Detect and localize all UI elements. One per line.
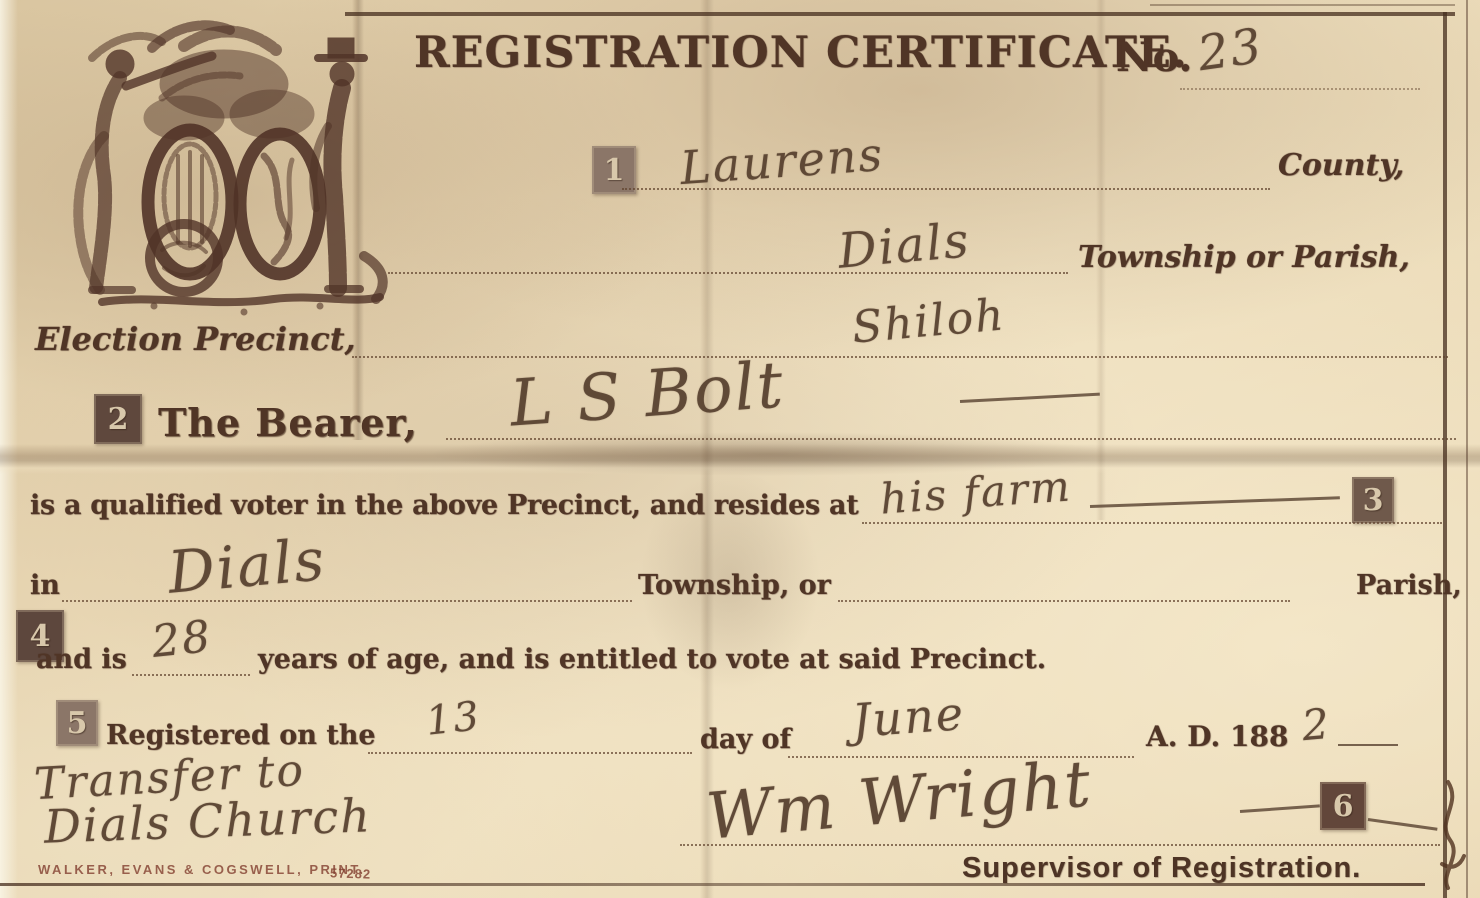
pen-flourish xyxy=(1090,496,1340,508)
border-right-line xyxy=(1443,12,1447,898)
coat-of-arms-engraving xyxy=(34,6,396,336)
ink-flourish-mark xyxy=(1418,776,1474,894)
parish-fill-line xyxy=(838,598,1290,602)
signature-fill-line xyxy=(680,842,1440,846)
signature-caption: Supervisor of Registration. xyxy=(962,852,1361,885)
age-field-value[interactable]: 28 xyxy=(149,611,214,668)
certificate-title: REGISTRATION CERTIFICATE. xyxy=(414,28,1188,78)
registered-day-value[interactable]: 13 xyxy=(424,693,483,744)
county-fill-line xyxy=(622,186,1270,190)
precinct-field-value[interactable]: Shiloh xyxy=(850,289,1007,353)
printer-imprint-number: 57282 xyxy=(330,865,372,881)
year-printed-label: A. D. 188 xyxy=(1146,720,1288,753)
year-written-value: 2 xyxy=(1300,699,1333,750)
number-fill-line xyxy=(1180,86,1420,90)
township-label: Township or Parish, xyxy=(1078,240,1410,275)
som-marker-2: 2 xyxy=(94,394,142,444)
pen-flourish xyxy=(960,393,1100,403)
registered-on-label: Registered on the xyxy=(106,720,376,751)
som-marker-3: 3 xyxy=(1352,477,1394,523)
resides-statement: is a qualified voter in the above Precin… xyxy=(30,490,858,521)
bearer-field-value[interactable]: L S Bolt xyxy=(508,349,787,442)
certificate-number-value: 23 xyxy=(1194,18,1266,83)
bearer-fill-line xyxy=(446,436,1456,440)
parish-label: Parish, xyxy=(1356,570,1462,601)
township-or-label: Township, or xyxy=(638,570,831,601)
resides-fill-line xyxy=(862,520,1442,524)
township-fill-line xyxy=(388,270,1068,274)
supervisor-signature[interactable]: Wm Wright xyxy=(704,747,1096,854)
printer-imprint: WALKER, EVANS & COGSWELL, PRINT. xyxy=(38,862,366,877)
border-top-line-thin xyxy=(1150,4,1455,6)
precinct-fill-line xyxy=(352,354,1448,358)
age-statement: years of age, and is entitled to vote at… xyxy=(258,644,1046,675)
pen-flourish xyxy=(1240,804,1320,813)
precinct-label: Election Precinct, xyxy=(35,320,356,358)
certificate-number-label: No. xyxy=(1116,34,1192,81)
and-is-label: and is xyxy=(36,644,127,675)
day-fill-line xyxy=(368,750,692,754)
in-township-field-value: Dials xyxy=(165,525,328,607)
border-top-line xyxy=(345,12,1455,16)
border-right-line-thin xyxy=(1466,0,1468,898)
pen-flourish xyxy=(1338,744,1398,746)
registration-certificate-scan: REGISTRATION CERTIFICATE. No. 23 1 Laure… xyxy=(0,0,1480,898)
in-label: in xyxy=(30,570,60,601)
som-marker-5: 5 xyxy=(56,700,98,746)
som-marker-6: 6 xyxy=(1320,782,1366,830)
bearer-label: The Bearer, xyxy=(158,400,418,445)
in-township-fill-line xyxy=(62,598,632,602)
registered-month-value[interactable]: June xyxy=(850,686,966,748)
county-label: County, xyxy=(1278,148,1404,183)
note-line-2: Dials Church xyxy=(43,788,372,853)
age-fill-line xyxy=(132,672,250,676)
day-of-label: day of xyxy=(700,724,791,755)
